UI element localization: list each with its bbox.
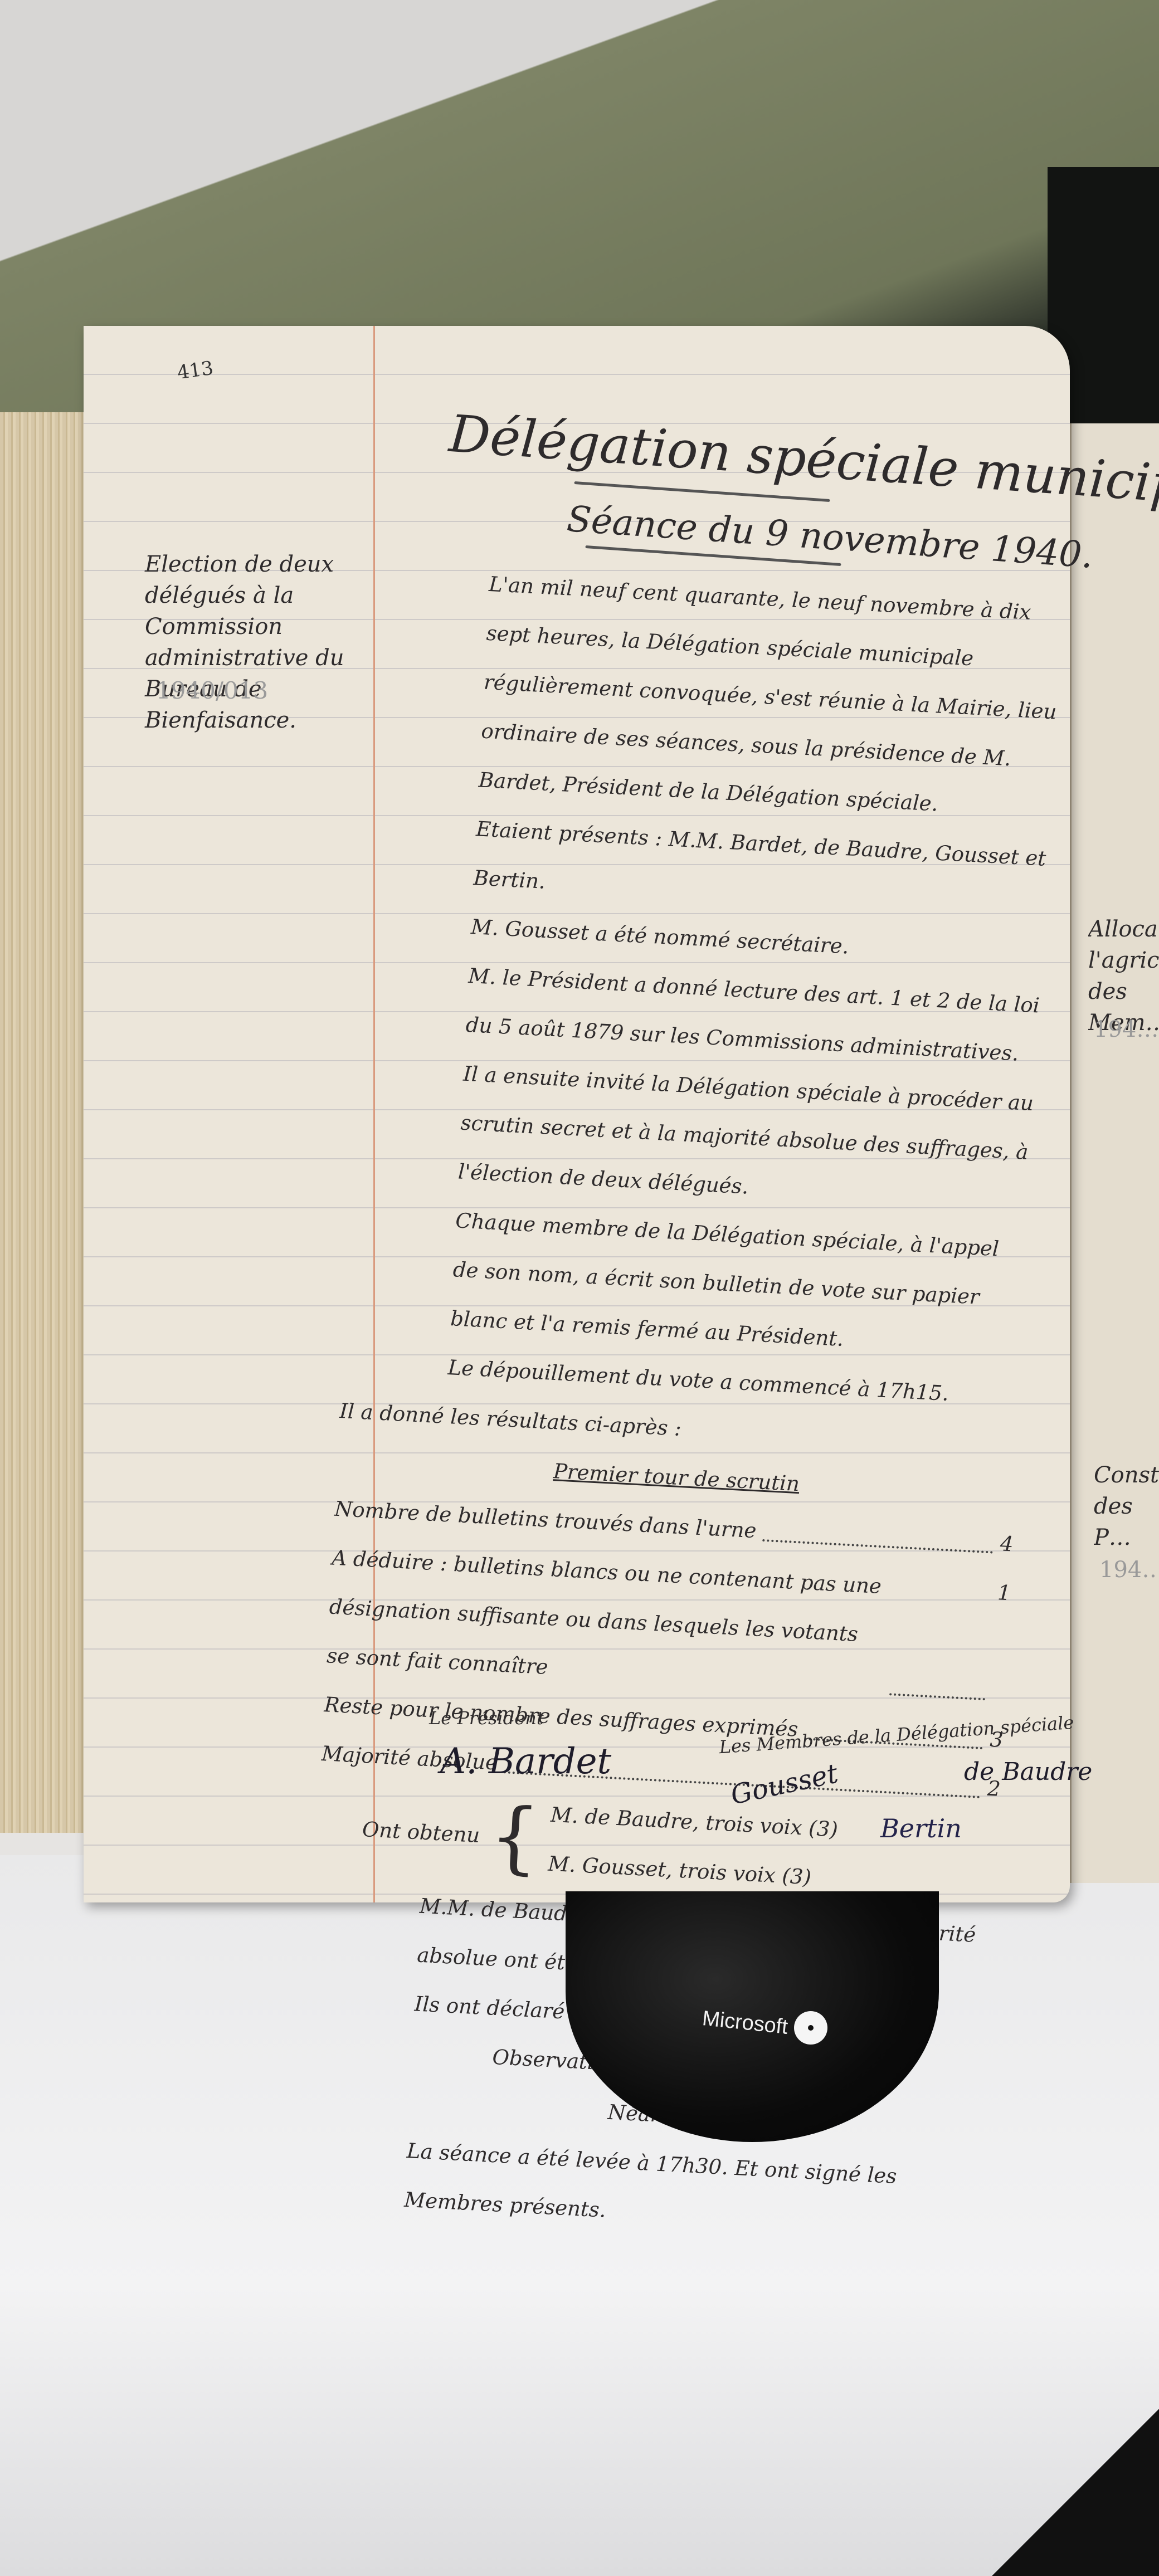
member-signature: Gousset [728, 1758, 841, 1811]
mouse-brand-logo: Microsoft [701, 2007, 789, 2040]
member-signature: Bertin [880, 1813, 962, 1843]
margin-reference: 1940/013 [156, 677, 268, 704]
row-value: 4 [999, 1519, 1015, 1569]
right-page: Alloca… l'agric… des Mem… 194… Constr… d… [1070, 423, 1159, 1883]
right-page-note-2: Constr… des P… [1094, 1460, 1159, 1553]
page-number: 413 [176, 357, 215, 384]
paragraph-opening: L'an mil neuf cent quarante, le neuf nov… [372, 554, 1063, 835]
desk-corner-shadow [992, 2409, 1159, 2576]
page-title: Délégation spéciale municipale [447, 404, 1159, 520]
row-label: A déduire : bulletins blancs ou ne conte… [325, 1534, 889, 1710]
ledger-page: 413 Election de deux délégués à la Commi… [84, 326, 1070, 1902]
right-page-ref-2: 194… [1099, 1554, 1159, 1585]
right-page-ref-1: 194… [1094, 1014, 1158, 1045]
margin-note: Election de deux délégués à la Commissio… [145, 549, 379, 736]
member-signature: de Baudre [964, 1758, 1092, 1786]
signature-area: Le Président A. Bardet Les Membres de la… [407, 1707, 1131, 1891]
president-label: Le Président [429, 1707, 544, 1729]
members-label: Les Membres de la Délégation spéciale [718, 1712, 1074, 1758]
president-signature: A. Bardet [440, 1741, 611, 1782]
mouse-button-icon [794, 2011, 827, 2045]
row-value: 1 [991, 1568, 1012, 1716]
